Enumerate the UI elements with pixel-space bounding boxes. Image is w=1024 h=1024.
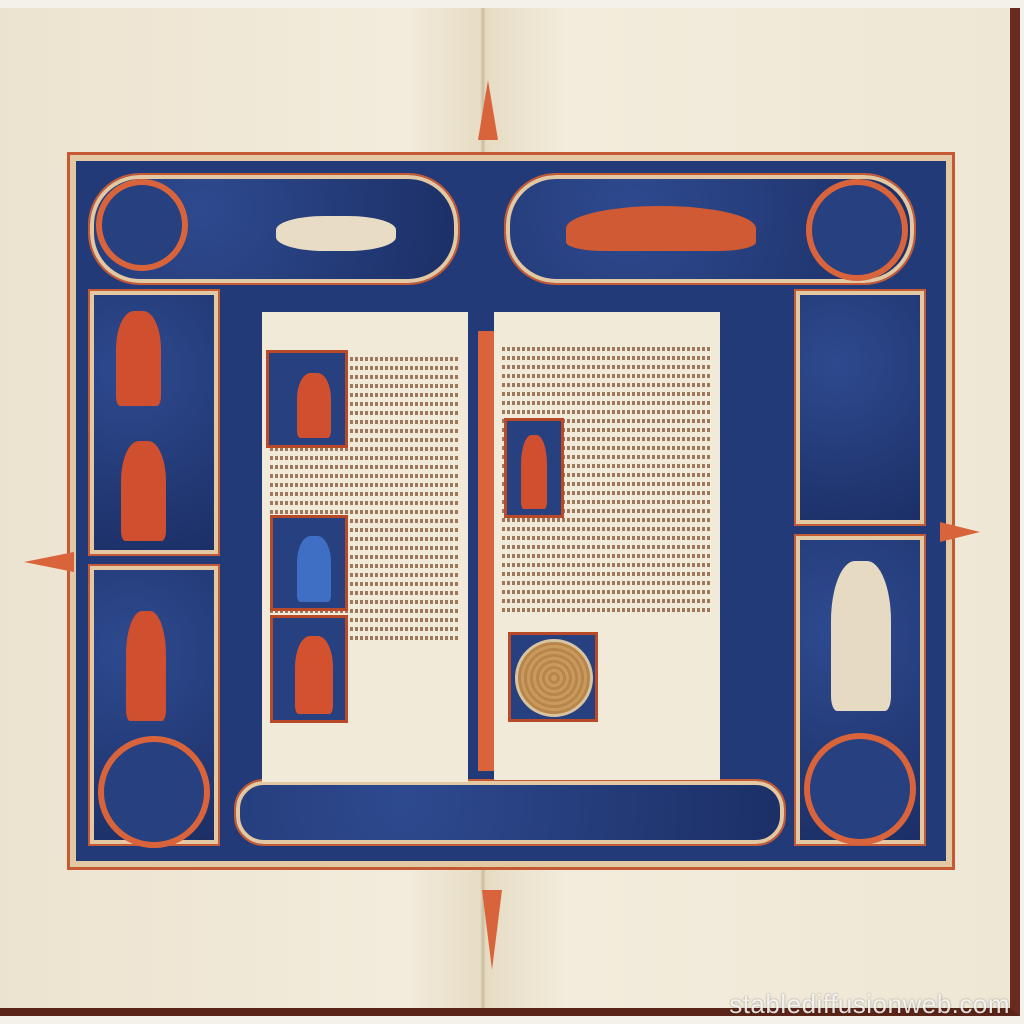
- gold-roundel-initial: [508, 632, 598, 722]
- white-robed-figure: [831, 561, 891, 711]
- medallion-bottom-right: [804, 733, 916, 845]
- historiated-initial-2: [270, 515, 348, 611]
- script-line: [502, 590, 712, 594]
- medallion-top-left: [96, 179, 188, 271]
- top-finial-spike: [478, 80, 498, 140]
- left-finial-spike: [24, 552, 74, 572]
- script-line: [502, 410, 712, 414]
- script-line: [502, 563, 712, 567]
- bottom-band-panel: [236, 781, 784, 844]
- historiated-initial-4: [504, 418, 564, 518]
- script-line: [502, 545, 712, 549]
- watermark-text: stablediffusionweb.com: [729, 989, 1010, 1020]
- script-line: [502, 536, 712, 540]
- script-line: [502, 365, 712, 369]
- script-line: [270, 474, 460, 478]
- script-line: [502, 374, 712, 378]
- medallion-bottom-left: [98, 736, 210, 848]
- script-line: [502, 572, 712, 576]
- historiated-initial-1: [266, 350, 348, 448]
- script-line: [502, 383, 712, 387]
- script-line: [502, 554, 712, 558]
- script-line: [502, 599, 712, 603]
- script-line: [502, 608, 712, 612]
- red-robed-figure-3: [126, 611, 166, 721]
- script-line: [502, 527, 712, 531]
- script-line: [502, 392, 712, 396]
- script-line: [502, 581, 712, 585]
- script-line: [502, 401, 712, 405]
- script-line: [502, 356, 712, 360]
- script-line: [270, 510, 460, 514]
- white-hound-figure: [276, 216, 396, 251]
- right-finial-spike: [940, 522, 980, 542]
- script-line: [270, 483, 460, 487]
- historiated-initial-3: [270, 615, 348, 723]
- red-dragon-rider-figure: [566, 206, 756, 251]
- bottom-finial-spike: [482, 890, 502, 970]
- central-pillar: [478, 331, 494, 771]
- script-line: [270, 492, 460, 496]
- script-line: [270, 456, 460, 460]
- red-robed-figure-1: [116, 311, 161, 406]
- medallion-top-right: [806, 179, 908, 281]
- right-column-panel-upper: [796, 291, 924, 524]
- red-robed-figure-2: [121, 441, 166, 541]
- script-line: [270, 465, 460, 469]
- script-line: [502, 347, 712, 351]
- script-line: [270, 501, 460, 505]
- script-line: [502, 518, 712, 522]
